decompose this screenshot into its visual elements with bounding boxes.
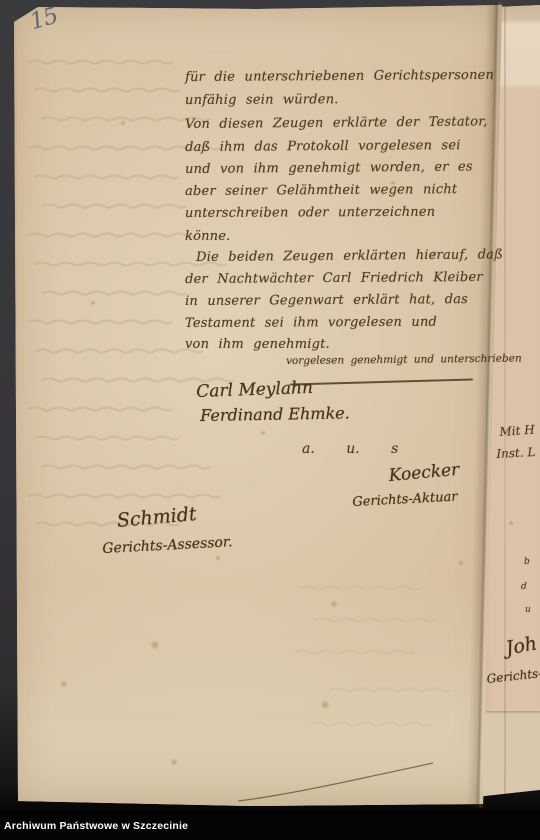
manuscript-line: unterschreiben oder unterzeichnen — [185, 205, 435, 221]
archival-scan-viewport: 15 für die unterschriebenen Gerichtspers… — [0, 0, 540, 840]
manuscript-line: von ihm genehmigt. — [185, 337, 330, 352]
manuscript-line: könne. — [185, 229, 230, 244]
manuscript-line: Testament sei ihm vorgelesen und — [185, 315, 437, 331]
archive-caption-bar: Archiwum Państwowe w Szczecinie — [0, 811, 540, 840]
manuscript-line: daß ihm das Protokoll vorgelesen sei — [185, 138, 461, 155]
manuscript-line: aber seiner Gelähmtheit wegen nicht — [185, 182, 457, 199]
manuscript-line: unfähig sein würden. — [185, 92, 339, 108]
next-page-fragment: b — [524, 557, 530, 567]
next-page-fragment: Mit H — [499, 423, 535, 439]
next-page-fragment: u — [525, 605, 531, 615]
next-page-strip-seam — [478, 711, 540, 801]
witness-signature-2: Ferdinand Ehmke. — [200, 403, 350, 425]
manuscript-line: und von ihm genehmigt worden, er es — [185, 159, 473, 177]
actum-ut-supra: a. u. s — [302, 441, 398, 457]
manuscript-line: Von diesen Zeugen erklärte der Testator, — [185, 114, 488, 132]
attestation-line: vorgelesen genehmigt und unterschrieben — [286, 353, 522, 367]
manuscript-line: der Nachtwächter Carl Friedrich Kleiber — [185, 270, 483, 287]
next-page-fragment: Inst. L — [496, 445, 536, 461]
manuscript-line: Die beiden Zeugen erklärten hierauf, daß — [196, 247, 503, 265]
witness-signature-1: Carl Meylahn — [196, 378, 313, 402]
archive-caption: Archiwum Państwowe w Szczecinie — [0, 820, 188, 832]
manuscript-line: für die unterschriebenen Gerichtspersone… — [185, 68, 494, 85]
next-page-fragment: d — [521, 582, 527, 592]
manuscript-line: in unserer Gegenwart erklärt hat, das — [185, 292, 468, 309]
